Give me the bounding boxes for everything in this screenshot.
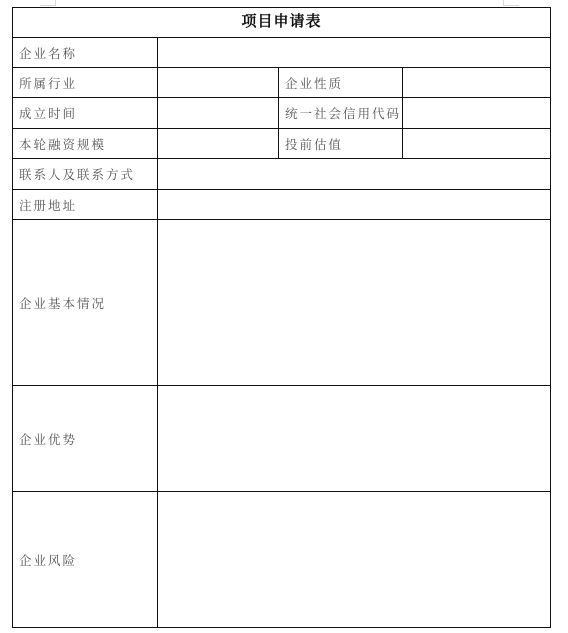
label-registered-address: 注册地址 — [13, 190, 158, 220]
field-advantages[interactable] — [158, 386, 551, 492]
page-corner-mark-left-h — [40, 5, 56, 6]
field-credit-code[interactable] — [403, 98, 551, 129]
label-credit-code: 统一社会信用代码 — [279, 98, 403, 129]
label-pre-money-valuation: 投前估值 — [279, 129, 403, 159]
field-founded-date[interactable] — [158, 98, 279, 129]
label-basic-info: 企业基本情况 — [13, 220, 158, 386]
project-application-form: 项目申请表 企业名称 所属行业 企业性质 成立时间 统一社会信用代码 本轮融资规… — [12, 7, 551, 628]
field-registered-address[interactable] — [158, 190, 551, 220]
label-industry: 所属行业 — [13, 68, 158, 98]
field-industry[interactable] — [158, 68, 279, 98]
label-contact: 联系人及联系方式 — [13, 159, 158, 190]
label-risks: 企业风险 — [13, 492, 158, 628]
field-contact[interactable] — [158, 159, 551, 190]
label-financing-scale: 本轮融资规模 — [13, 129, 158, 159]
field-risks[interactable] — [158, 492, 551, 628]
form-title: 项目申请表 — [13, 8, 551, 38]
field-financing-scale[interactable] — [158, 129, 279, 159]
label-company-name: 企业名称 — [13, 38, 158, 68]
field-company-nature[interactable] — [403, 68, 551, 98]
page-corner-mark-right-h — [503, 5, 519, 6]
label-founded-date: 成立时间 — [13, 98, 158, 129]
field-pre-money-valuation[interactable] — [403, 129, 551, 159]
label-company-nature: 企业性质 — [279, 68, 403, 98]
field-company-name[interactable] — [158, 38, 551, 68]
label-advantages: 企业优势 — [13, 386, 158, 492]
field-basic-info[interactable] — [158, 220, 551, 386]
